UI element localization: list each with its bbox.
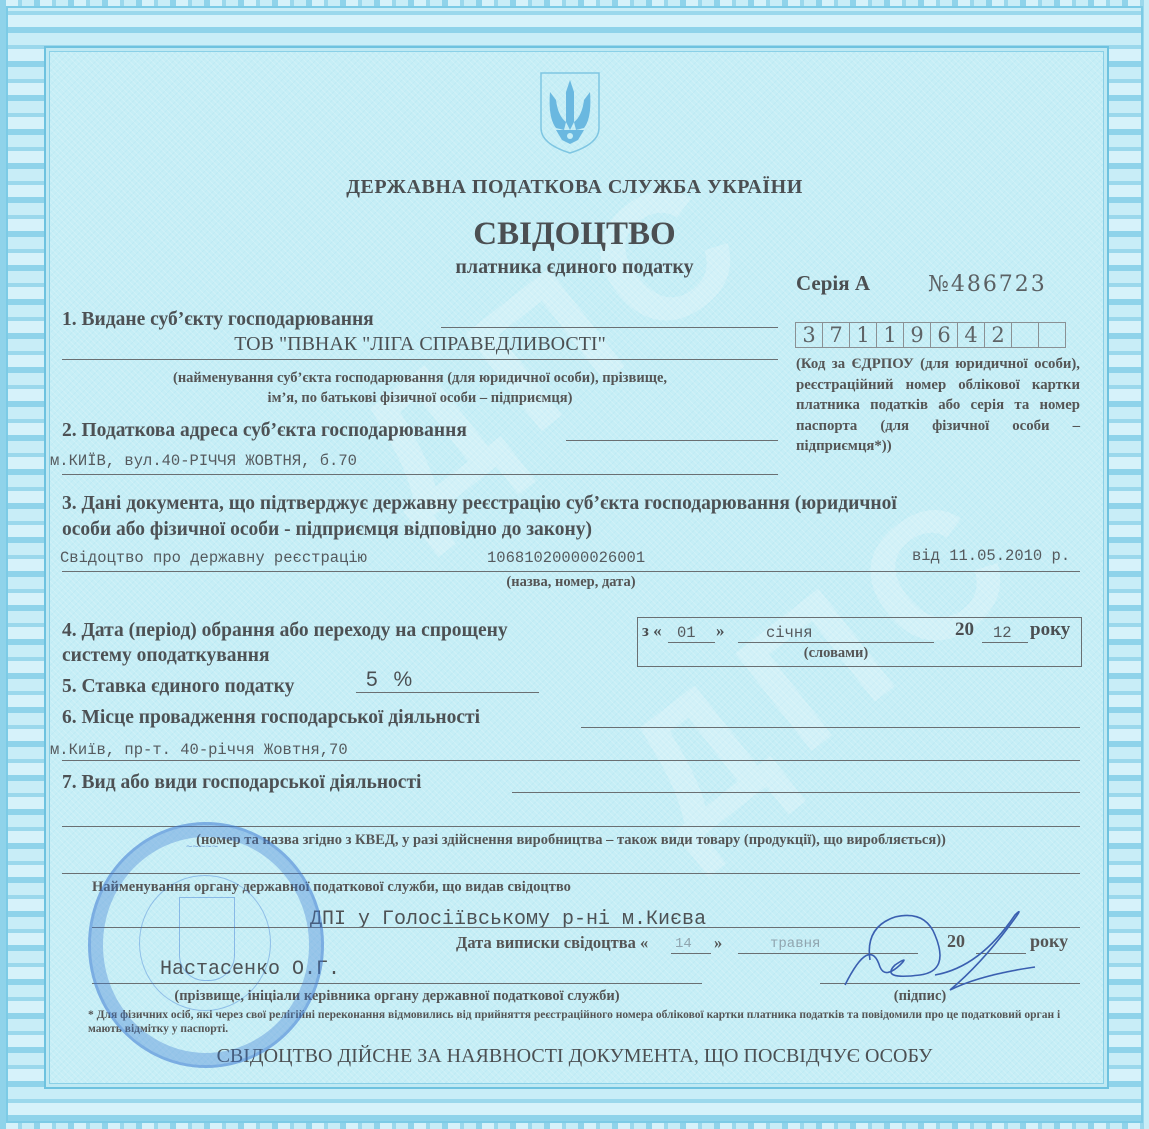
period-year: 12 xyxy=(993,624,1012,642)
period-month: січня xyxy=(766,624,813,642)
code-digit: 7 xyxy=(823,323,850,347)
period-day-line xyxy=(668,642,715,643)
head-name-line xyxy=(92,983,702,984)
field-3-date: від 11.05.2010 р. xyxy=(912,547,1070,565)
issue-quote-close: » xyxy=(714,933,722,953)
certificate-number: №486723 xyxy=(928,272,1047,297)
field-4-label-2: систему оподаткування xyxy=(62,645,270,667)
field-6-value: м.Київ, пр-т. 40-річчя Жовтня,70 xyxy=(50,741,348,759)
period-year-word: року xyxy=(1030,619,1070,641)
head-name-caption: (прізвище, ініціали керівника органу дер… xyxy=(92,988,702,1005)
field-3-value-line xyxy=(62,571,1080,572)
field-7-underline xyxy=(512,792,1080,793)
field-2-value-line xyxy=(62,474,778,475)
code-digit xyxy=(1039,323,1065,347)
validity-notice: СВІДОЦТВО ДІЙСНЕ ЗА НАЯВНОСТІ ДОКУМЕНТА,… xyxy=(0,1045,1149,1068)
field-7-value-line xyxy=(62,826,1080,827)
field-2-value: м.КИЇВ, вул.40-РІЧЧЯ ЖОВТНЯ, б.70 xyxy=(50,452,357,470)
field-7-extra-line xyxy=(62,873,1080,874)
issuing-service: ДЕРЖАВНА ПОДАТКОВА СЛУЖБА УКРАЇНИ xyxy=(0,176,1149,199)
issue-day-line xyxy=(671,953,711,954)
field-1-label: 1. Видане суб’єкту господарювання xyxy=(62,309,374,331)
field-2-label: 2. Податкова адреса суб’єкта господарюва… xyxy=(62,420,467,442)
issue-date-label: Дата виписки свідоцтва « xyxy=(456,933,648,953)
field-6-underline xyxy=(581,727,1080,728)
field-7-label: 7. Вид або види господарської діяльності xyxy=(62,772,421,794)
issue-month: травня xyxy=(770,936,820,952)
head-name: Настасенко О.Г. xyxy=(160,958,340,981)
code-digit: 6 xyxy=(931,323,958,347)
trident-coat-of-arms-icon xyxy=(538,70,602,156)
tax-rate-value: 5 % xyxy=(366,668,412,692)
period-century: 20 xyxy=(955,619,974,641)
field-1-caption-2: ім’я, по батькові фізичної особи – підпр… xyxy=(62,390,778,407)
edrpou-code-box: 3 7 1 1 9 6 4 2 xyxy=(795,322,1066,348)
field-3-label-1: 3. Дані документа, що підтверджує держав… xyxy=(62,493,897,515)
field-3-document: Свідоцтво про державну реєстрацію xyxy=(60,549,367,567)
field-2-underline xyxy=(566,440,778,441)
field-5-label: 5. Ставка єдиного податку xyxy=(62,676,294,698)
period-quote-close: » xyxy=(716,621,725,641)
field-1-value-line xyxy=(62,359,778,360)
field-5-underline xyxy=(356,692,539,693)
field-1-value: ТОВ "ПВНАК "ЛІГА СПРАВЕДЛИВОСТІ" xyxy=(62,333,778,356)
field-6-label: 6. Місце провадження господарської діяль… xyxy=(62,707,480,729)
field-3-caption: (назва, номер, дата) xyxy=(62,574,1080,591)
handwritten-signature-icon xyxy=(840,905,1040,995)
issue-day: 14 xyxy=(675,936,692,952)
field-4-label-1: 4. Дата (період) обрання або переходу на… xyxy=(62,620,508,642)
footnote: * Для фізичних осіб, які через свої релі… xyxy=(88,1008,1080,1036)
code-digit: 3 xyxy=(796,323,823,347)
issuer-label: Найменування органу державної податкової… xyxy=(92,879,571,896)
field-6-value-line xyxy=(62,760,1080,761)
field-7-caption: (номер та назва згідно з КВЕД, у разі зд… xyxy=(62,832,1080,849)
series-label: Серія А xyxy=(796,271,870,296)
field-3-label-2: особи або фізичної особи - підприємця ві… xyxy=(62,519,592,541)
code-digit: 9 xyxy=(904,323,931,347)
code-digit xyxy=(1012,323,1039,347)
edrpou-note: (Код за ЄДРПОУ (для юридичної особи), ре… xyxy=(796,354,1080,457)
document-title: СВІДОЦТВО xyxy=(0,216,1149,253)
code-digit: 1 xyxy=(877,323,904,347)
period-from-label: з « xyxy=(642,621,662,641)
field-3-reg-number: 10681020000026001 xyxy=(487,549,645,567)
period-year-line xyxy=(982,642,1028,643)
field-1-caption-1: (найменування суб’єкта господарювання (д… xyxy=(62,370,778,387)
period-day: 01 xyxy=(677,624,696,642)
period-month-line xyxy=(738,642,934,643)
field-1-underline xyxy=(441,327,778,328)
period-caption: (словами) xyxy=(738,645,934,662)
code-digit: 2 xyxy=(985,323,1012,347)
code-digit: 1 xyxy=(850,323,877,347)
code-digit: 4 xyxy=(958,323,985,347)
